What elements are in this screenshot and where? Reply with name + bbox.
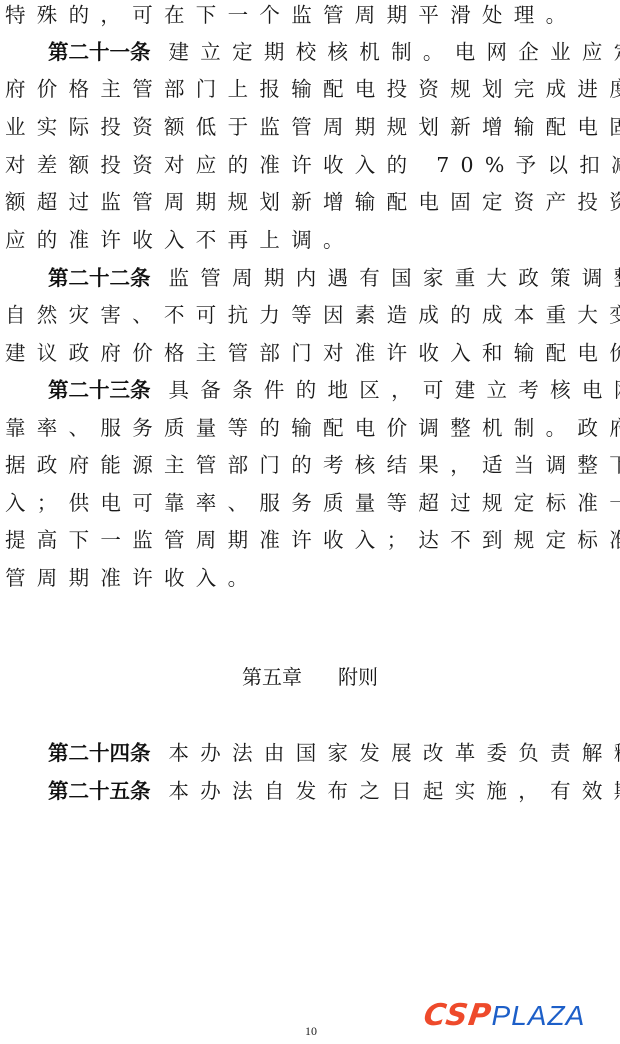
article-heading: 第二十二条: [48, 266, 151, 290]
article-text: 本办法自发布之日起实施，有效期 5 年。: [169, 779, 620, 803]
article-text: 建立定期校核机制。电网企业应定期向省级政: [169, 40, 620, 64]
document-page: 特殊的，可在下一个监管周期平滑处理。 第二十一条建立定期校核机制。电网企业应定期…: [0, 0, 620, 1044]
chapter-heading: 第五章附则: [0, 662, 620, 692]
article-text: 监管周期内遇有国家重大政策调整、发生重大: [169, 266, 620, 290]
article-text: 本办法由国家发展改革委负责解释。: [169, 741, 620, 765]
article-22: 第二十二条监管周期内遇有国家重大政策调整、发生重大: [48, 263, 615, 293]
body-line: 自然灾害、不可抗力等因素造成的成本重大变化，电网企业可以: [5, 300, 615, 330]
page-number: 10: [296, 1024, 326, 1039]
chapter-title: 附则: [338, 665, 378, 689]
body-line: 对差额投资对应的准许收入的 70%予以扣减。当电网企业实际投资: [5, 150, 615, 180]
logo-plaza-text: PLAZA: [492, 1000, 586, 1032]
body-line: 建议政府价格主管部门对准许收入和输配电价作适当调整。: [5, 338, 615, 368]
article-25: 第二十五条本办法自发布之日起实施，有效期 5 年。: [48, 776, 615, 806]
body-line: 入；供电可靠率、服务质量等超过规定标准一定幅度的，可适当: [5, 488, 615, 518]
article-21: 第二十一条建立定期校核机制。电网企业应定期向省级政: [48, 37, 615, 67]
logo-csp-text: CSP: [422, 998, 494, 1033]
chapter-number: 第五章: [242, 665, 302, 689]
article-heading: 第二十四条: [48, 741, 151, 765]
body-line: 业实际投资额低于监管周期规划新增输配电固定资产投资额时，: [5, 112, 615, 142]
article-24: 第二十四条本办法由国家发展改革委负责解释。: [48, 738, 615, 768]
article-heading: 第二十一条: [48, 40, 151, 64]
body-line: 额超过监管周期规划新增输配电固定资产投资额时，差额投资对: [5, 187, 615, 217]
body-line: 府价格主管部门上报输配电投资规划完成进度及情况。当电网企: [5, 74, 615, 104]
body-line: 据政府能源主管部门的考核结果，适当调整下一监管周期准许收: [5, 450, 615, 480]
article-heading: 第二十五条: [48, 779, 151, 803]
body-line: 提高下一监管周期准许收入；达不到规定标准的，应降低下一监: [5, 525, 615, 555]
article-23: 第二十三条具备条件的地区，可建立考核电网企业供电可: [48, 375, 615, 405]
body-line: 管周期准许收入。: [5, 563, 615, 593]
watermark-logo: CSPPLAZA: [424, 998, 585, 1034]
body-line: 应的准许收入不再上调。: [5, 225, 615, 255]
article-text: 具备条件的地区，可建立考核电网企业供电可: [169, 378, 620, 402]
body-line: 靠率、服务质量等的输配电价调整机制。政府价格主管部门可根: [5, 413, 615, 443]
article-heading: 第二十三条: [48, 378, 151, 402]
body-line: 特殊的，可在下一个监管周期平滑处理。: [5, 0, 615, 30]
